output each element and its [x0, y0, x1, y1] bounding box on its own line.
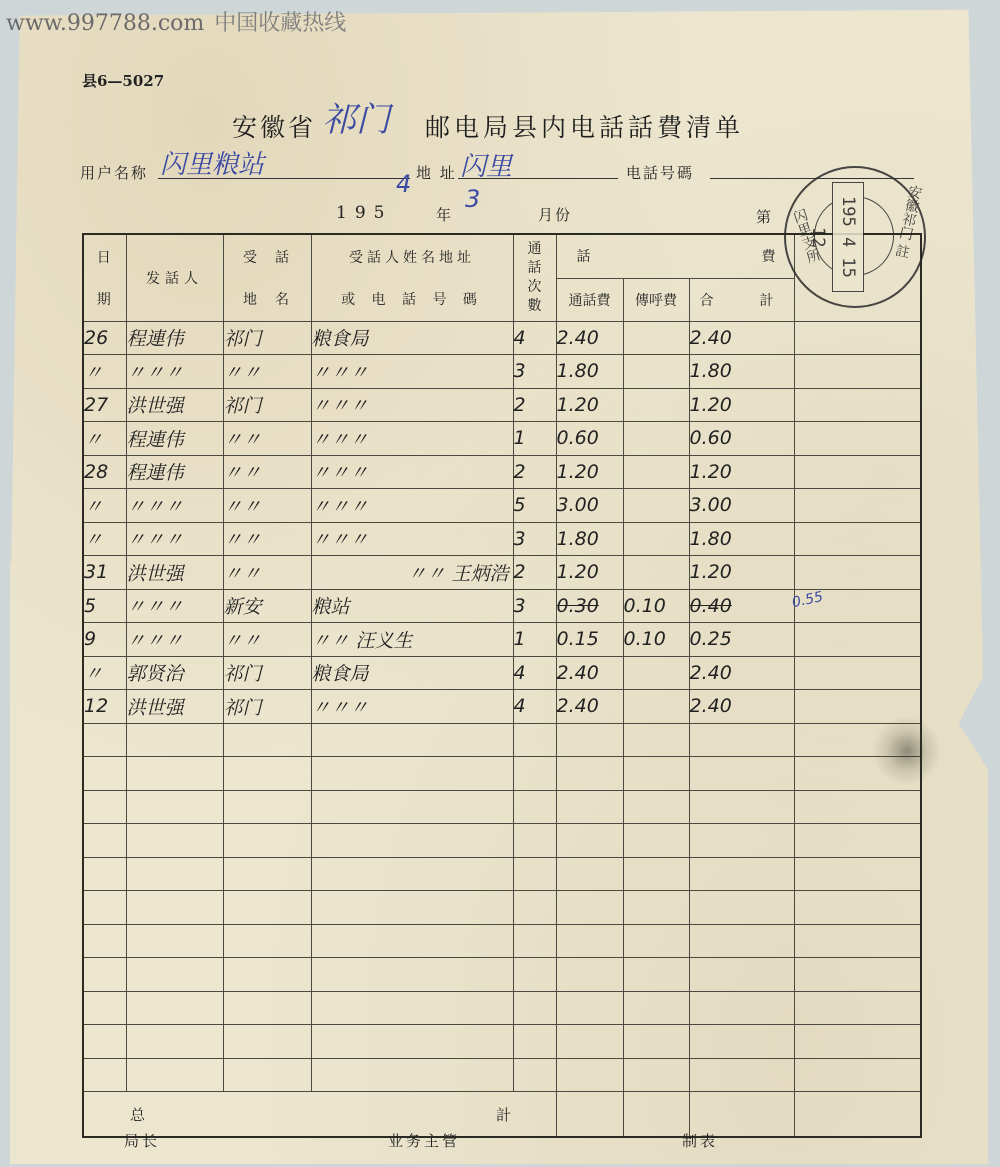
total-row: 总 計 [83, 1092, 921, 1138]
postmark-stamp: 195 4 15 12 闪里支所 安徽祁门 註 [784, 166, 926, 308]
row-count: 1 [513, 623, 556, 657]
row-place: 〃〃 [223, 522, 311, 556]
row-call-fee: 0.30 [556, 589, 623, 623]
row-call-fee: 2.40 [556, 321, 623, 355]
row-caller: 〃〃〃 [126, 589, 223, 623]
row-place: 祁门 [223, 656, 311, 690]
row-paging-fee [623, 489, 689, 523]
row-date: 12 [83, 690, 126, 724]
table-row: 〃 程連伟 〃〃 〃〃〃 1 0.60 0.60 [83, 422, 921, 456]
row-total: 0.25 [689, 623, 794, 657]
row-place: 新安 [223, 589, 311, 623]
empty-row [83, 1058, 921, 1092]
row-total: 0.60 [689, 422, 794, 456]
row-blank [794, 489, 921, 523]
table-row: 26 程連伟 祁门 粮食局 4 2.40 2.40 [83, 321, 921, 355]
ink-stain [872, 716, 942, 786]
title-province: 安徽省 [232, 108, 316, 144]
row-date: 〃 [83, 355, 126, 389]
watermark: www.997788.com中国收藏热线 [6, 6, 346, 37]
table-row: 〃 〃〃〃 〃〃 〃〃〃 5 3.00 3.00 [83, 489, 921, 523]
row-call-fee: 1.20 [556, 455, 623, 489]
row-paging-fee [623, 455, 689, 489]
row-total: 1.20 [689, 388, 794, 422]
row-call-fee: 1.80 [556, 355, 623, 389]
header-callee-info: 受話人姓名地址 或 电 話 号 碼 [311, 234, 513, 321]
empty-row [83, 824, 921, 858]
row-caller: 洪世强 [126, 690, 223, 724]
row-count: 3 [513, 522, 556, 556]
header-date-bottom: 期 [84, 289, 126, 309]
row-count: 1 [513, 422, 556, 456]
total-blank [794, 1092, 921, 1138]
user-name-label: 用户名称 [80, 162, 148, 183]
total-label-right: 計 [496, 1104, 511, 1125]
fee-ledger-table: 日 期 发話人 受 話 地 名 受話人姓名地址 或 电 話 号 碼 通話次數 話… [82, 233, 922, 1138]
row-caller: 程連伟 [126, 455, 223, 489]
row-paging-fee [623, 422, 689, 456]
header-total-left: 合 [700, 293, 716, 309]
row-caller: 郭贤治 [126, 656, 223, 690]
header-total: 合 計 [689, 278, 794, 321]
watermark-site: 中国收藏热线 [214, 11, 346, 36]
phone-label: 电話号碼 [626, 162, 694, 183]
year-label: 年 [436, 204, 453, 225]
header-date: 日 期 [83, 234, 126, 321]
row-paging-fee [623, 656, 689, 690]
row-blank [794, 422, 921, 456]
user-name-value: 闪里粮站 [160, 144, 264, 181]
row-paging-fee [623, 321, 689, 355]
header-total-right: 計 [760, 290, 776, 310]
table-row: 27 洪世强 祁门 〃〃〃 2 1.20 1.20 [83, 388, 921, 422]
row-caller: 洪世强 [126, 556, 223, 590]
table-row: 〃 〃〃〃 〃〃 〃〃〃 3 1.80 1.80 [83, 522, 921, 556]
signature-business-supervisor: 业务主管 [388, 1130, 460, 1151]
empty-row [83, 790, 921, 824]
row-place: 〃〃 [223, 455, 311, 489]
row-callee: 〃〃〃 [311, 489, 513, 523]
row-caller: 〃〃〃 [126, 489, 223, 523]
empty-row [83, 723, 921, 757]
row-place: 〃〃 [223, 623, 311, 657]
table-row: 〃 郭贤治 祁门 粮食局 4 2.40 2.40 [83, 656, 921, 690]
title-city-handwritten: 祁门 [322, 92, 390, 141]
row-paging-fee [623, 690, 689, 724]
row-callee: 〃〃〃 [311, 388, 513, 422]
header-caller: 发話人 [126, 234, 223, 321]
row-count: 4 [513, 321, 556, 355]
row-caller: 程連伟 [126, 422, 223, 456]
row-date: 〃 [83, 656, 126, 690]
row-callee: 粮食局 [311, 321, 513, 355]
empty-row [83, 857, 921, 891]
row-place: 祁门 [223, 690, 311, 724]
header-fee-group: 話 費 [556, 234, 794, 278]
row-call-fee: 1.20 [556, 556, 623, 590]
row-blank [794, 355, 921, 389]
header-paging-fee: 傳呼費 [623, 278, 689, 321]
row-call-fee: 2.40 [556, 690, 623, 724]
row-callee: 粮食局 [311, 656, 513, 690]
row-total: 0.40 [689, 589, 794, 623]
row-date: 5 [83, 589, 126, 623]
title-rest: 邮电局县内电話話費清单 [425, 108, 744, 144]
header-call-fee: 通話費 [556, 278, 623, 321]
header-callee-info-bottom: 或 电 話 号 碼 [312, 289, 513, 309]
address-label: 地 址 [416, 162, 457, 183]
watermark-url: www.997788.com [6, 11, 204, 36]
header-fee-left: 話 [577, 249, 593, 265]
table-row: 〃 〃〃〃 〃〃 〃〃〃 3 1.80 1.80 [83, 355, 921, 389]
row-callee: 〃〃〃 [311, 355, 513, 389]
row-place: 〃〃 [223, 355, 311, 389]
row-call-fee: 1.20 [556, 388, 623, 422]
row-call-fee: 0.60 [556, 422, 623, 456]
row-blank [794, 321, 921, 355]
header-callee-place: 受 話 地 名 [223, 234, 311, 321]
row-total: 2.40 [689, 690, 794, 724]
row-paging-fee [623, 355, 689, 389]
header-call-count: 通話次數 [513, 234, 556, 321]
signature-prepared-by: 制表 [682, 1130, 718, 1151]
row-blank [794, 656, 921, 690]
row-total: 1.20 [689, 556, 794, 590]
row-blank [794, 455, 921, 489]
empty-row [83, 991, 921, 1025]
month-label: 月份 [538, 204, 572, 225]
row-count: 2 [513, 388, 556, 422]
row-caller: 程連伟 [126, 321, 223, 355]
row-paging-fee: 0.10 [623, 589, 689, 623]
row-date: 31 [83, 556, 126, 590]
row-total: 3.00 [689, 489, 794, 523]
row-blank [794, 522, 921, 556]
row-call-fee: 2.40 [556, 656, 623, 690]
row-callee: 〃〃〃 [311, 455, 513, 489]
address-value: 闪里 [460, 146, 512, 183]
row-caller: 〃〃〃 [126, 522, 223, 556]
row-call-fee: 1.80 [556, 522, 623, 556]
total-paging-fee [623, 1092, 689, 1138]
signature-director: 局长 [124, 1130, 160, 1151]
row-count: 3 [513, 589, 556, 623]
row-count: 4 [513, 656, 556, 690]
row-place: 〃〃 [223, 489, 311, 523]
header-callee-place-top: 受 話 [224, 247, 311, 267]
row-blank [794, 623, 921, 657]
row-place: 〃〃 [223, 422, 311, 456]
row-date: 〃 [83, 489, 126, 523]
table-row: 9 〃〃〃 〃〃 〃〃 汪义生 1 0.15 0.10 0.25 [83, 623, 921, 657]
empty-row [83, 958, 921, 992]
header-date-top: 日 [84, 247, 126, 267]
row-caller: 洪世强 [126, 388, 223, 422]
row-count: 4 [513, 690, 556, 724]
empty-row [83, 757, 921, 791]
row-blank [794, 556, 921, 590]
row-paging-fee [623, 522, 689, 556]
header-callee-info-top: 受話人姓名地址 [312, 247, 513, 267]
table-row: 31 洪世强 〃〃 〃〃 王炳浩 2 1.20 1.20 [83, 556, 921, 590]
table-row: 12 洪世强 祁门 〃〃〃 4 2.40 2.40 [83, 690, 921, 724]
year-prefix: 195 [336, 203, 392, 223]
row-count: 5 [513, 489, 556, 523]
row-date: 28 [83, 455, 126, 489]
row-count: 2 [513, 455, 556, 489]
postmark-date: 195 4 15 12 [832, 182, 864, 292]
header-callee-place-bottom: 地 名 [224, 289, 311, 309]
row-count: 2 [513, 556, 556, 590]
row-callee: 〃〃 汪义生 [311, 623, 513, 657]
row-total: 1.80 [689, 355, 794, 389]
row-date: 9 [83, 623, 126, 657]
row-total: 2.40 [689, 656, 794, 690]
row-place: 〃〃 [223, 556, 311, 590]
row-callee: 粮站 [311, 589, 513, 623]
row-callee: 〃〃〃 [311, 690, 513, 724]
empty-row [83, 1025, 921, 1059]
row-caller: 〃〃〃 [126, 623, 223, 657]
row-total: 1.80 [689, 522, 794, 556]
total-call-fee [556, 1092, 623, 1138]
table-row: 28 程連伟 〃〃 〃〃〃 2 1.20 1.20 [83, 455, 921, 489]
empty-row [83, 891, 921, 925]
row-date: 〃 [83, 422, 126, 456]
total-label-left: 总 [130, 1106, 145, 1124]
postmark-right-text: 安徽祁门 註 [890, 183, 925, 260]
row-callee: 〃〃〃 [311, 522, 513, 556]
row-call-fee: 0.15 [556, 623, 623, 657]
row-date: 〃 [83, 522, 126, 556]
row-date: 26 [83, 321, 126, 355]
row-paging-fee [623, 556, 689, 590]
row-blank [794, 388, 921, 422]
row-total: 1.20 [689, 455, 794, 489]
row-total: 2.40 [689, 321, 794, 355]
empty-row [83, 924, 921, 958]
year-handwritten: 4 [396, 170, 411, 198]
row-callee: 〃〃〃 [311, 422, 513, 456]
page-label: 第 [756, 206, 773, 227]
row-paging-fee: 0.10 [623, 623, 689, 657]
header-fee-right: 費 [762, 246, 778, 266]
row-call-fee: 3.00 [556, 489, 623, 523]
row-place: 祁门 [223, 388, 311, 422]
row-date: 27 [83, 388, 126, 422]
row-count: 3 [513, 355, 556, 389]
row-paging-fee [623, 388, 689, 422]
month-handwritten: 3 [465, 185, 480, 213]
row-callee: 〃〃 王炳浩 [311, 556, 513, 590]
form-code: 县6—5027 [82, 70, 164, 91]
row-place: 祁门 [223, 321, 311, 355]
row-caller: 〃〃〃 [126, 355, 223, 389]
